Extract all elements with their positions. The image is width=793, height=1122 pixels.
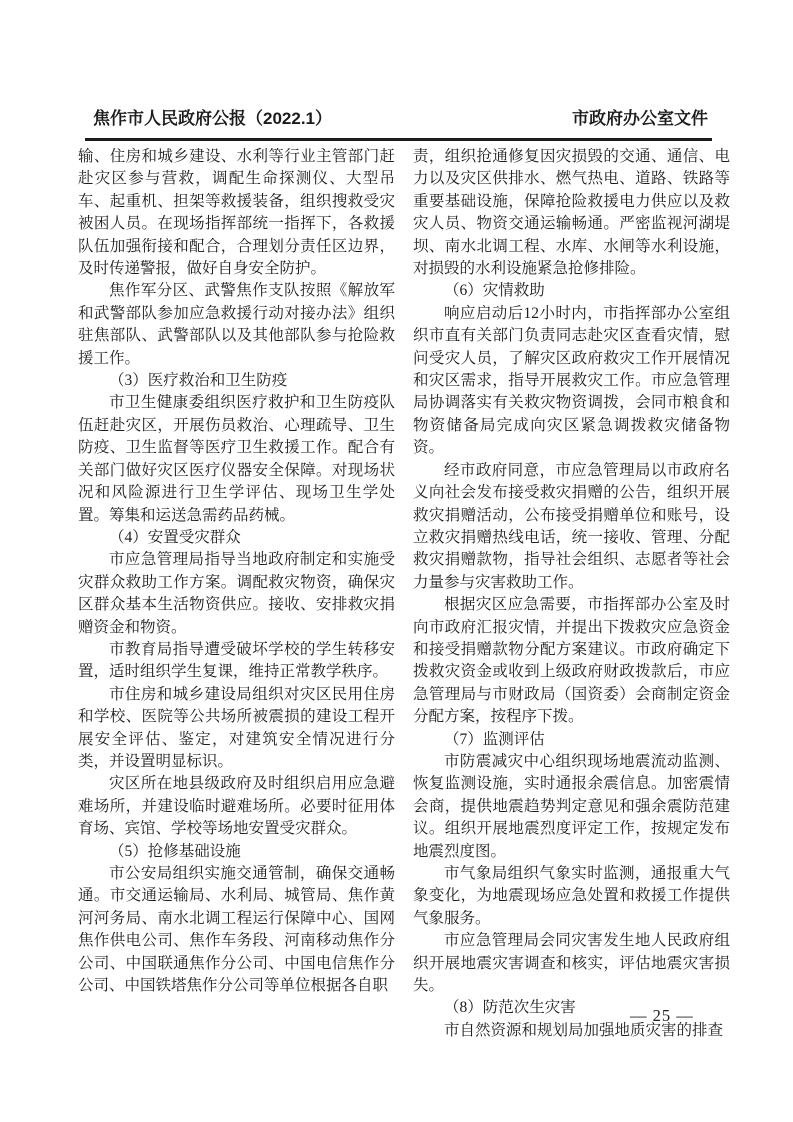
section-heading: （3）医疗救治和卫生防疫 [78, 370, 395, 392]
paragraph: 市气象局组织气象实时监测，通报重大气象变化，为地震现场应急处置和救援工作提供气象… [413, 863, 730, 930]
section-heading: （7）监测评估 [413, 729, 730, 751]
paragraph: 市防震减灾中心组织现场地震流动监测、恢复监测设施，实时通报余震信息。加密震情会商… [413, 751, 730, 863]
section-heading: （4）安置受灾群众 [78, 527, 395, 549]
paragraph: 市应急管理局指导当地政府制定和实施受灾群众救助工作方案。调配救灾物资，确保灾区群… [78, 549, 395, 639]
header-rule [85, 138, 712, 141]
paragraph: 响应启动后12小时内，市指挥部办公室组织市直有关部门负责同志赴灾区查看灾情，慰问… [413, 303, 730, 460]
paragraph: 焦作军分区、武警焦作支队按照《解放军和武警部队参加应急救援行动对接办法》组织驻焦… [78, 280, 395, 370]
paragraph: 市应急管理局会同灾害发生地人民政府组织开展地震灾害调查和核实，评估地震灾害损失。 [413, 930, 730, 997]
page-header: 焦作市人民政府公报（2022.1） 市政府办公室文件 [93, 107, 708, 131]
document-page: 焦作市人民政府公报（2022.1） 市政府办公室文件 输、住房和城乡建设、水利等… [0, 0, 793, 1122]
paragraph: 经市政府同意，市应急管理局以市政府名义向社会发布接受救灾捐赠的公告，组织开展救灾… [413, 460, 730, 594]
paragraph: 市卫生健康委组织医疗救护和卫生防疫队伍赶赴灾区，开展伤员救治、心理疏导、卫生防疫… [78, 392, 395, 526]
right-column: 责，组织抢通修复因灾损毁的交通、通信、电力以及灾区供排水、燃气热电、道路、铁路等… [413, 146, 730, 1042]
page-number: — 25 — [630, 1006, 694, 1026]
paragraph: 市公安局组织实施交通管制，确保交通畅通。市交通运输局、水利局、城管局、焦作黄河河… [78, 863, 395, 997]
paragraph: 市教育局指导遭受破坏学校的学生转移安置，适时组织学生复课，维持正常教学秩序。 [78, 639, 395, 684]
paragraph: 灾区所在地县级政府及时组织启用应急避难场所，并建设临时避难场所。必要时征用体育场… [78, 773, 395, 840]
paragraph: 根据灾区应急需要，市指挥部办公室及时向市政府汇报灾情，并提出下拨救灾应急资金和接… [413, 594, 730, 728]
paragraph: 输、住房和城乡建设、水利等行业主管部门赶赴灾区参与营救，调配生命探测仪、大型吊车… [78, 146, 395, 280]
paragraph: 市住房和城乡建设局组织对灾区民用住房和学校、医院等公共场所被震损的建设工程开展安… [78, 684, 395, 774]
document-category: 市政府办公室文件 [572, 107, 708, 131]
body-columns: 输、住房和城乡建设、水利等行业主管部门赶赴灾区参与营救，调配生命探测仪、大型吊车… [78, 146, 730, 1042]
section-heading: （5）抢修基础设施 [78, 841, 395, 863]
paragraph: 责，组织抢通修复因灾损毁的交通、通信、电力以及灾区供排水、燃气热电、道路、铁路等… [413, 146, 730, 280]
section-heading: （6）灾情救助 [413, 280, 730, 302]
gazette-title: 焦作市人民政府公报（2022.1） [93, 107, 332, 131]
left-column: 输、住房和城乡建设、水利等行业主管部门赶赴灾区参与营救，调配生命探测仪、大型吊车… [78, 146, 395, 1042]
